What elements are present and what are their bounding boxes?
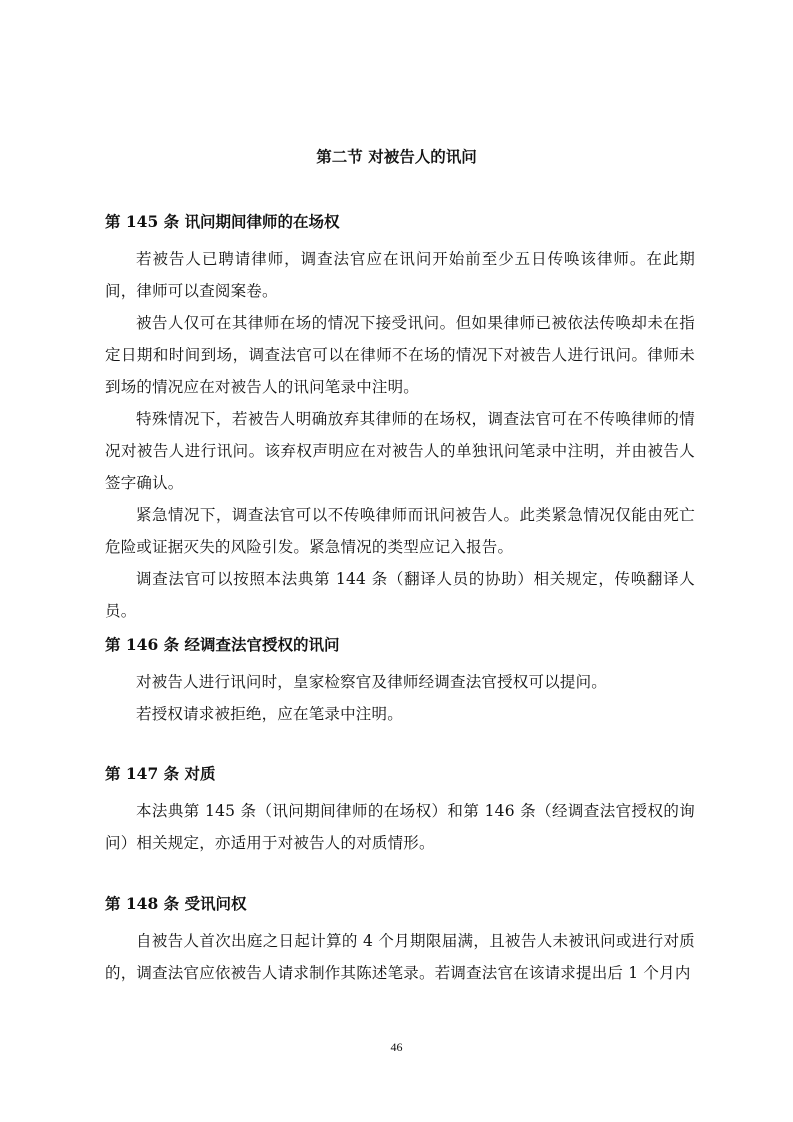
paragraph: 若授权请求被拒绝，应在笔录中注明。	[105, 698, 695, 730]
paragraph: 紧急情况下，调查法官可以不传唤律师而讯问被告人。此类紧急情况仅能由死亡危险或证据…	[105, 499, 695, 563]
article-146: 第 146 条 经调查法官授权的讯问 对被告人进行讯问时，皇家检察官及律师经调查…	[105, 634, 695, 730]
article-145: 第 145 条 讯问期间律师的在场权 若被告人已聘请律师，调查法官应在讯问开始前…	[105, 211, 695, 627]
document-page: 第二节 对被告人的讯问 第 145 条 讯问期间律师的在场权 若被告人已聘请律师…	[0, 0, 793, 1122]
paragraph: 本法典第 145 条（讯问期间律师的在场权）和第 146 条（经调查法官授权的询…	[105, 795, 695, 859]
article-heading: 第 146 条 经调查法官授权的讯问	[105, 634, 695, 656]
article-148: 第 148 条 受讯问权 自被告人首次出庭之日起计算的 4 个月期限届满，且被告…	[105, 893, 695, 989]
section-title: 第二节 对被告人的讯问	[0, 146, 793, 168]
paragraph: 特殊情况下，若被告人明确放弃其律师的在场权，调查法官可在不传唤律师的情况对被告人…	[105, 403, 695, 499]
paragraph: 若被告人已聘请律师，调查法官应在讯问开始前至少五日传唤该律师。在此期间，律师可以…	[105, 243, 695, 307]
article-147: 第 147 条 对质 本法典第 145 条（讯问期间律师的在场权）和第 146 …	[105, 763, 695, 859]
paragraph: 调查法官可以按照本法典第 144 条（翻译人员的协助）相关规定，传唤翻译人员。	[105, 563, 695, 627]
page-number: 46	[0, 1040, 793, 1055]
article-heading: 第 145 条 讯问期间律师的在场权	[105, 211, 695, 233]
paragraph: 被告人仅可在其律师在场的情况下接受讯问。但如果律师已被依法传唤却未在指定日期和时…	[105, 307, 695, 403]
article-heading: 第 147 条 对质	[105, 763, 695, 785]
article-heading: 第 148 条 受讯问权	[105, 893, 695, 915]
paragraph: 对被告人进行讯问时，皇家检察官及律师经调查法官授权可以提问。	[105, 666, 695, 698]
paragraph: 自被告人首次出庭之日起计算的 4 个月期限届满，且被告人未被讯问或进行对质的，调…	[105, 925, 695, 989]
